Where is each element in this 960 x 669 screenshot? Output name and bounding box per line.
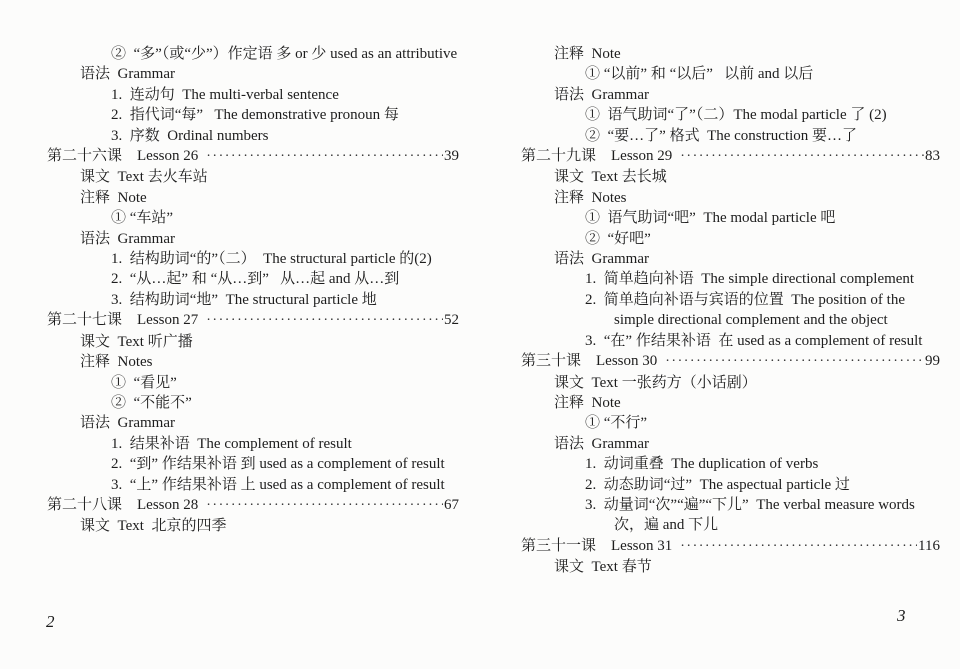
toc-note-line: ① “以前” 和 “以后” 以前 and 以后	[521, 64, 940, 84]
toc-grammar-item: 2. “到” 作结果补语 到 used as a complement of r…	[47, 454, 459, 474]
lesson-title-zh: 第二十六课	[47, 146, 122, 166]
toc-grammar-item: ① 语气助词“了”（二）The modal particle 了 (2)	[521, 105, 940, 125]
toc-section-label: 课文 Text 春节	[521, 557, 940, 577]
dot-leader: ········································…	[665, 352, 924, 372]
toc-grammar-item: 1. 动词重叠 The duplication of verbs	[521, 454, 940, 474]
toc-grammar-item: ② “要…了” 格式 The construction 要…了	[521, 126, 940, 146]
toc-section-label: 课文 Text 去长城	[521, 167, 940, 187]
lesson-title-en: Lesson 27	[137, 310, 198, 330]
toc-section-label: 课文 Text 一张药方（小话剧）	[521, 373, 940, 393]
toc-section-label: 语法 Grammar	[47, 64, 459, 84]
toc-grammar-item: 2. 指代词“每” The demonstrative pronoun 每	[47, 105, 459, 125]
lesson-page-ref: 67	[444, 495, 459, 515]
dot-leader: ········································…	[206, 147, 443, 167]
toc-section-label: 课文 Text 北京的四季	[47, 516, 459, 536]
toc-section-label: 注释 Note	[47, 188, 459, 208]
lesson-page-ref: 52	[444, 310, 459, 330]
toc-grammar-item: 1. 结果补语 The complement of result	[47, 434, 459, 454]
lesson-page-ref: 83	[925, 146, 940, 166]
toc-section-label: 语法 Grammar	[47, 229, 459, 249]
toc-column-right: 注释 Note① “以前” 和 “以后” 以前 and 以后语法 Grammar…	[521, 44, 940, 578]
toc-grammar-item: 1. 简单趋向补语 The simple directional complem…	[521, 269, 940, 289]
toc-lesson-entry: 第二十六课Lesson 26··························…	[47, 146, 459, 167]
toc-section-label: 注释 Note	[521, 44, 940, 64]
lesson-title-en: Lesson 28	[137, 495, 198, 515]
toc-grammar-item: 2. 动态助词“过” The aspectual particle 过	[521, 475, 940, 495]
lesson-title-zh: 第三十课	[521, 351, 581, 371]
toc-section-label: 注释 Note	[521, 393, 940, 413]
toc-grammar-item: ② “多”（或“少”）作定语 多 or 少 used as an attribu…	[47, 44, 459, 64]
toc-grammar-item: 3. 序数 Ordinal numbers	[47, 126, 459, 146]
lesson-page-ref: 39	[444, 146, 459, 166]
toc-grammar-item: 3. 结构助词“地” The structural particle 地	[47, 290, 459, 310]
toc-lesson-entry: 第三十一课Lesson 31··························…	[521, 536, 940, 557]
toc-grammar-item: 2. “从…起” 和 “从…到” 从…起 and 从…到	[47, 269, 459, 289]
lesson-title-zh: 第二十七课	[47, 310, 122, 330]
toc-grammar-item: ② “好吧”	[521, 229, 940, 249]
dot-leader: ········································…	[680, 537, 917, 557]
lesson-title-zh: 第三十一课	[521, 536, 596, 556]
dot-leader: ········································…	[206, 311, 443, 331]
lesson-title-zh: 第二十九课	[521, 146, 596, 166]
toc-grammar-item: 1. 连动句 The multi-verbal sentence	[47, 85, 459, 105]
toc-grammar-item: ① 语气助词“吧” The modal particle 吧	[521, 208, 940, 228]
lesson-title-en: Lesson 29	[611, 146, 672, 166]
lesson-title-en: Lesson 31	[611, 536, 672, 556]
toc-grammar-item: 3. “上” 作结果补语 上 used as a complement of r…	[47, 475, 459, 495]
toc-section-label: 注释 Notes	[521, 188, 940, 208]
toc-section-label: 注释 Notes	[47, 352, 459, 372]
toc-lesson-entry: 第二十八课Lesson 28··························…	[47, 495, 459, 516]
toc-section-label: 语法 Grammar	[47, 413, 459, 433]
toc-grammar-item: 3. “在” 作结果补语 在 used as a complement of r…	[521, 331, 940, 351]
toc-section-label: 语法 Grammar	[521, 249, 940, 269]
toc-section-label: 课文 Text 听广播	[47, 332, 459, 352]
toc-section-label: 语法 Grammar	[521, 85, 940, 105]
toc-section-label: 课文 Text 去火车站	[47, 167, 459, 187]
toc-column-left: ② “多”（或“少”）作定语 多 or 少 used as an attribu…	[47, 44, 459, 537]
toc-page-spread: ② “多”（或“少”）作定语 多 or 少 used as an attribu…	[0, 0, 960, 669]
toc-grammar-item: ① “看见”	[47, 373, 459, 393]
toc-section-label: 语法 Grammar	[521, 434, 940, 454]
lesson-title-en: Lesson 26	[137, 146, 198, 166]
lesson-page-ref: 116	[918, 536, 940, 556]
page-number-left: 2	[46, 612, 55, 632]
toc-grammar-item: 2. 简单趋向补语与宾语的位置 The position of the simp…	[521, 290, 940, 331]
lesson-page-ref: 99	[925, 351, 940, 371]
toc-grammar-item: 3. 动量词“次”“遍”“下儿” The verbal measure word…	[521, 495, 940, 536]
toc-grammar-item: 1. 结构助词“的”（二） The structural particle 的(…	[47, 249, 459, 269]
page-number-right: 3	[897, 606, 906, 626]
dot-leader: ········································…	[680, 147, 924, 167]
toc-lesson-entry: 第二十七课Lesson 27··························…	[47, 310, 459, 331]
lesson-title-en: Lesson 30	[596, 351, 657, 371]
toc-grammar-item: ② “不能不”	[47, 393, 459, 413]
toc-lesson-entry: 第二十九课Lesson 29··························…	[521, 146, 940, 167]
dot-leader: ········································…	[206, 496, 443, 516]
toc-lesson-entry: 第三十课Lesson 30···························…	[521, 351, 940, 372]
toc-note-line: ① “车站”	[47, 208, 459, 228]
toc-note-line: ① “不行”	[521, 413, 940, 433]
lesson-title-zh: 第二十八课	[47, 495, 122, 515]
